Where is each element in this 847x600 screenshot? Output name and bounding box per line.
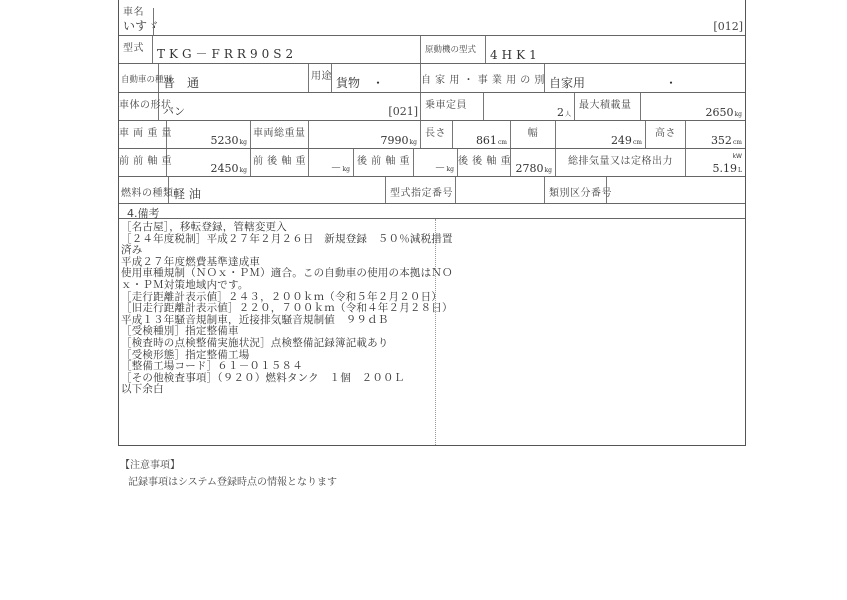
usage-label: 用途 [311,67,332,82]
height-label: 高さ [646,124,685,139]
displacement-value: 5.19L [713,162,742,175]
category-number-label: 類別区分番号 [549,184,612,199]
row-body: 車体の形状 バン [021] 乗車定員 2人 最大積載量 2650kg [119,93,745,121]
usage-value: 貨物 ・ [336,74,384,91]
vehicle-name-label: 車名 [123,3,144,18]
row-category: 自動車の種別 普 通 用途 貨物 ・ 自 家 用 ・ 事 業 用 の 別 自家用… [119,64,745,93]
vehicle-record-table: 車名 いすゞ [012] 型式 TKG－FRR90S2 原動機の型式 4HK1 … [118,0,746,446]
weight-label: 車 両 重 量 [119,124,166,139]
length-value: 861cm [476,134,507,147]
category-value: 普 通 [163,74,199,91]
body-shape-value: バン [163,103,185,119]
displacement-unit-kw: kW [733,153,742,160]
vehicle-name-code: [012] [713,20,743,33]
fuel-value: 軽 油 [173,185,201,202]
model-label: 型式 [123,39,144,54]
max-load-value: 2650kg [706,106,742,119]
displacement-label: 総排気量又は定格出力 [556,152,685,167]
rr-axle-value: 2780kg [516,162,552,175]
remarks-line: ［旧走行距離計表示値］２２０，７００ｋｍ（令和４年２月２８日） [121,303,433,315]
engine-model-value: 4HK1 [490,48,541,62]
remarks-line: ［検査時の点検整備実施状況］点検整備記録簿記載あり [121,338,433,350]
engine-model-label: 原動機の型式 [425,43,476,55]
fr-axle-label: 前 後 軸 重 [251,152,308,167]
height-value: 352cm [711,134,742,147]
rr-axle-label: 後 後 軸 重 [458,152,510,167]
gross-weight-value: 7990kg [381,134,417,147]
width-value: 249cm [611,134,642,147]
capacity-value: 2人 [557,106,571,119]
weight-value: 5230kg [211,134,247,147]
row-model: 型式 TKG－FRR90S2 原動機の型式 4HK1 [119,36,745,64]
remarks-line: ［整備工場コード］６１－０１５８４ [121,361,433,373]
type-designation-label: 型式指定番号 [390,184,453,199]
ff-axle-value: 2450kg [211,162,247,175]
row-fuel: 燃料の種類 軽 油 型式指定番号 類別区分番号 [119,177,745,204]
rf-axle-value: －kg [435,159,454,175]
notes-title: 【注意事項】 [120,456,180,471]
gross-weight-label: 車両総重量 [253,124,306,139]
row-vehicle-name: 車名 いすゞ [012] [119,0,745,36]
body-shape-label: 車体の形状 [119,96,158,111]
remarks-line: ［その他検査事項］（９２０）燃料タンク １個 ２００Ｌ [121,373,433,385]
remarks-body: ［名古屋］，移転登録，管轄変更入 ［２４年度税制］平成２７年２月２６日 新規登録… [119,219,436,445]
row-axles: 前 前 軸 重 2450kg 前 後 軸 重 －kg 後 前 軸 重 －kg 後… [119,149,745,177]
row-remarks-title: 4.備考 [119,204,745,219]
length-label: 長さ [425,124,446,139]
model-value: TKG－FRR90S2 [157,45,297,62]
private-commercial-dot: ・ [665,74,677,91]
fr-axle-value: －kg [331,159,350,175]
rf-axle-label: 後 前 軸 重 [354,152,413,167]
private-commercial-value: 自家用 [549,74,585,91]
remarks-line: ［２４年度税制］平成２７年２月２６日 新規登録 ５０％減税措置 [121,234,433,246]
remarks-line: 以下余白 [121,384,433,396]
max-load-label: 最大積載量 [579,96,632,111]
capacity-label: 乗車定員 [425,96,467,111]
notes-text: 記録事項はシステム登録時点の情報となります [128,473,337,488]
private-commercial-label: 自 家 用 ・ 事 業 用 の 別 [421,71,544,86]
remarks-line: ［名古屋］，移転登録，管轄変更入 [121,222,433,234]
ff-axle-label: 前 前 軸 重 [119,152,166,167]
row-weights: 車 両 重 量 5230kg 車両総重量 7990kg 長さ 861cm 幅 2… [119,121,745,149]
remarks-line: ｘ・ＰＭ対策地域内です。 [121,280,433,292]
width-label: 幅 [511,124,555,139]
fuel-label: 燃料の種類 [121,184,174,199]
body-shape-code: [021] [388,105,418,118]
